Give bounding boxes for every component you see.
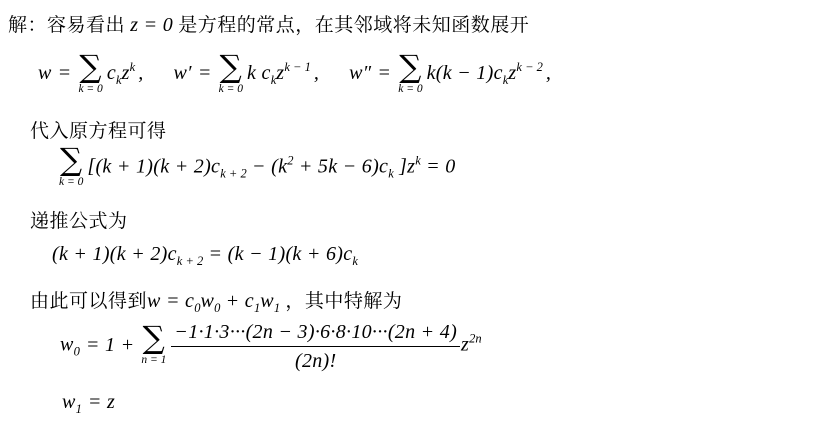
equals-sign: = xyxy=(377,62,391,84)
solution-intro: 解：容易看出 z = 0 是方程的常点，在其邻域将未知函数展开 xyxy=(8,10,529,37)
sigma-symbol: ∑ xyxy=(220,54,242,82)
series-coefficient: k c xyxy=(247,62,271,84)
equation-segment: = (k − 1)(k + 6)c xyxy=(203,243,352,265)
lhs-w-double-prime: w″ xyxy=(349,62,371,84)
trailing-comma: , xyxy=(314,62,319,84)
fraction-numerator: −1·1·3···(2n − 3)·6·8·10···(2n + 4) xyxy=(171,320,460,347)
sum-lower-limit: k = 0 xyxy=(219,84,243,96)
sigma-symbol: ∑ xyxy=(60,147,82,175)
series-expansions-row: w=∑k = 0ckzk,w′=∑k = 0k ckzk − 1,w″=∑k =… xyxy=(38,54,581,95)
lhs-w: w xyxy=(62,391,76,413)
fraction: −1·1·3···(2n − 3)·6·8·10···(2n + 4)(2n)! xyxy=(171,320,460,372)
equation-segment: + 5k − 6)c xyxy=(294,155,389,177)
lhs-w-prime: w′ xyxy=(174,62,192,84)
trailing-comma: , xyxy=(546,62,551,84)
general-prefix: 由此可以得到 xyxy=(30,291,147,312)
substitution-label: 代入原方程可得 xyxy=(30,116,167,143)
z-exponent: k − 1 xyxy=(284,60,310,74)
equation-segment: [(k + 1)(k + 2)c xyxy=(87,155,220,177)
summation: ∑k = 0 xyxy=(59,147,83,188)
z-exponent-2n: 2n xyxy=(469,332,482,346)
sigma-symbol: ∑ xyxy=(79,54,101,82)
expansion-w: w=∑k = 0ckzk, xyxy=(38,62,144,84)
sum-lower-limit: n = 1 xyxy=(141,355,166,367)
equation-segment: − (k xyxy=(247,155,288,177)
equals-sign: = xyxy=(58,62,72,84)
lhs-w: w xyxy=(38,62,52,84)
recurrence-label: 递推公式为 xyxy=(30,206,128,233)
subscript-1: 1 xyxy=(76,402,82,416)
subscript-0: 0 xyxy=(74,345,80,359)
subscript-k: k xyxy=(352,254,358,268)
series-coefficient: k(k − 1)c xyxy=(427,62,503,84)
fraction-denominator: (2n)! xyxy=(295,347,336,372)
z-variable: z xyxy=(122,62,130,84)
summation: ∑n = 1 xyxy=(141,325,166,366)
lhs-w: w xyxy=(60,334,74,356)
substituted-equation: ∑k = 0[(k + 1)(k + 2)ck + 2 − (k2 + 5k −… xyxy=(58,147,456,188)
z-variable: z xyxy=(461,334,469,356)
equals-sign: = xyxy=(198,62,212,84)
sum-lower-limit: k = 0 xyxy=(398,84,422,96)
intro-math-z-equals-0: z = 0 xyxy=(130,14,173,36)
sigma-symbol: ∑ xyxy=(399,54,421,82)
general-suffix: ，其中特解为 xyxy=(280,291,402,312)
equation-segment: = 0 xyxy=(421,155,456,177)
sigma-symbol: ∑ xyxy=(143,325,165,353)
intro-prefix: 解：容易看出 xyxy=(8,15,130,36)
series-coefficient: c xyxy=(107,62,116,84)
summation: ∑k = 0 xyxy=(219,54,243,95)
equation-segment: w = c xyxy=(147,290,194,312)
particular-solution-w0: w0= 1 +∑n = 1−1·1·3···(2n − 3)·6·8·10···… xyxy=(60,320,482,372)
summation: ∑k = 0 xyxy=(78,54,102,95)
sum-lower-limit: k = 0 xyxy=(59,177,83,189)
equals-one-plus: = 1 + xyxy=(86,334,135,356)
particular-solution-w1: w1= z xyxy=(62,391,121,414)
recurrence-formula: (k + 1)(k + 2)ck + 2 = (k − 1)(k + 6)ck xyxy=(52,243,358,266)
equals-z: = z xyxy=(88,391,115,413)
sum-lower-limit: k = 0 xyxy=(78,84,102,96)
general-solution-line: 由此可以得到w = c0w0 + c1w1 ，其中特解为 xyxy=(30,286,402,313)
subscript-k-plus-2: k + 2 xyxy=(177,254,203,268)
equation-segment: + c xyxy=(220,290,254,312)
expansion-w-double-prime: w″=∑k = 0k(k − 1)ckzk − 2, xyxy=(349,62,551,84)
equation-segment: (k + 1)(k + 2)c xyxy=(52,243,177,265)
z-exponent: k xyxy=(130,60,136,74)
summation: ∑k = 0 xyxy=(398,54,422,95)
equation-segment: ]z xyxy=(394,155,415,177)
z-exponent: k − 2 xyxy=(516,60,542,74)
subscript-k-plus-2: k + 2 xyxy=(220,166,246,180)
equation-segment: w xyxy=(260,290,274,312)
general-solution-math: w = c0w0 + c1w1 xyxy=(147,290,280,312)
trailing-comma: , xyxy=(138,62,143,84)
equation-segment: w xyxy=(200,290,214,312)
expansion-w-prime: w′=∑k = 0k ckzk − 1, xyxy=(174,62,320,84)
solution-document: 解：容易看出 z = 0 是方程的常点，在其邻域将未知函数展开 w=∑k = 0… xyxy=(0,0,840,426)
intro-suffix: 是方程的常点，在其邻域将未知函数展开 xyxy=(173,15,529,36)
